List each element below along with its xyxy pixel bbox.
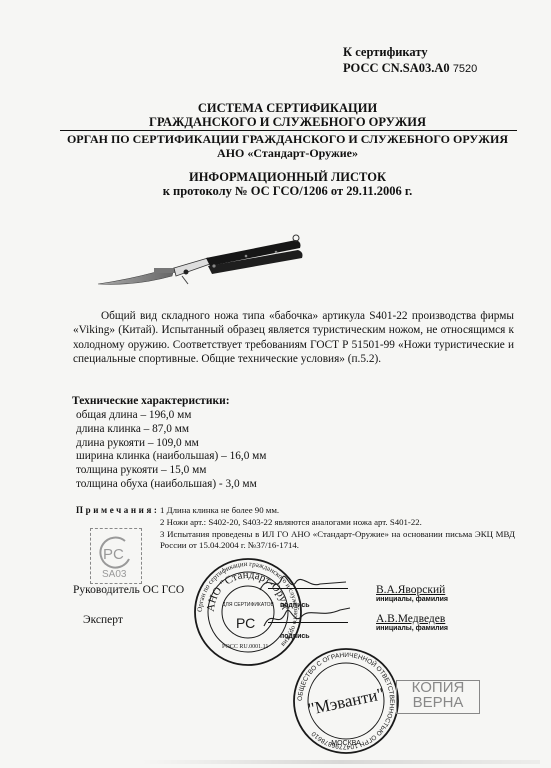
certificate-ref-line2: РОСС CN.SA03.A0 7520	[343, 60, 477, 77]
system-title: СИСТЕМА СЕРТИФИКАЦИИ ГРАЖДАНСКОГО И СЛУЖ…	[60, 101, 515, 129]
signer-name-label: инициалы, фамилия	[376, 625, 448, 632]
company-seal-stamp: ОБЩЕСТВО С ОГРАНИЧЕННОЙ ОТВЕТСТВЕННОСТЬЮ…	[290, 645, 402, 757]
spec-item: толщина обуха (наибольшая) - 3,0 мм	[76, 478, 266, 492]
certificate-ref-line1: К сертификату	[343, 44, 477, 60]
svg-text:РС: РС	[236, 615, 255, 631]
butterfly-knife-icon	[96, 228, 326, 288]
header-divider	[60, 130, 517, 131]
notes-list: 1 Длина клинка не более 90 мм. 2 Ножи ар…	[160, 505, 515, 552]
signature-role-expert: Эксперт	[83, 614, 123, 626]
signer-head: В.А.Яворский инициалы, фамилия	[376, 584, 448, 603]
document-title: ИНФОРМАЦИОННЫЙ ЛИСТОК к протоколу № ОС Г…	[60, 170, 515, 198]
signer-name: А.В.Медведев	[376, 613, 448, 625]
rst-logo-icon: PC SA03	[91, 529, 141, 583]
spec-item: общая длина – 196,0 мм	[76, 409, 266, 423]
spec-item: длина клинка – 87,0 мм	[76, 423, 266, 437]
scan-artifact	[140, 760, 540, 764]
protocol-reference: к протоколу № ОС ГСО/1206 от 29.11.2006 …	[60, 184, 515, 198]
organ-seal-stamp: Орган по сертификации гражданского и слу…	[192, 556, 304, 668]
notes-label: Примечания:	[76, 505, 160, 515]
svg-text:SA03: SA03	[102, 569, 127, 580]
certificate-number: 7520	[453, 63, 477, 75]
svg-text:ДЛЯ СЕРТИФИКАТОВ: ДЛЯ СЕРТИФИКАТОВ	[222, 602, 274, 608]
organ-title: ОРГАН ПО СЕРТИФИКАЦИИ ГРАЖДАНСКОГО И СЛУ…	[60, 132, 515, 160]
spec-item: ширина клинка (наибольшая) – 16,0 мм	[76, 450, 266, 464]
certificate-reference: К сертификату РОСС CN.SA03.A0 7520	[343, 44, 477, 77]
svg-text:МОСКВА: МОСКВА	[331, 740, 361, 747]
svg-text:РОСС RU.0001.11: РОСС RU.0001.11	[222, 644, 268, 650]
signature-role-head: Руководитель ОС ГСО	[73, 584, 184, 596]
copy-certified-stamp: КОПИЯ ВЕРНА	[396, 680, 480, 714]
signer-expert: А.В.Медведев инициалы, фамилия	[376, 613, 448, 632]
note-item: 2 Ножи арт.: S402-20, S403-22 являются а…	[160, 517, 515, 529]
signer-name: В.А.Яворский	[376, 584, 448, 596]
svg-text:PC: PC	[103, 546, 124, 563]
specs-list: общая длина – 196,0 мм длина клинка – 87…	[76, 409, 266, 492]
spec-item: толщина рукояти – 15,0 мм	[76, 464, 266, 478]
note-item: 1 Длина клинка не более 90 мм.	[160, 505, 515, 517]
specs-title: Технические характеристики:	[72, 395, 230, 407]
description-paragraph: Общий вид складного ножа типа «бабочка» …	[73, 309, 514, 367]
spec-item: длина рукояти – 109,0 мм	[76, 437, 266, 451]
rs-certification-mark: PC SA03	[90, 528, 142, 584]
signer-name-label: инициалы, фамилия	[376, 596, 448, 603]
svg-text:"Мэванти": "Мэванти"	[306, 684, 386, 719]
note-item: 3 Испытания проведены в ИЛ ГО АНО «Станд…	[160, 529, 515, 553]
